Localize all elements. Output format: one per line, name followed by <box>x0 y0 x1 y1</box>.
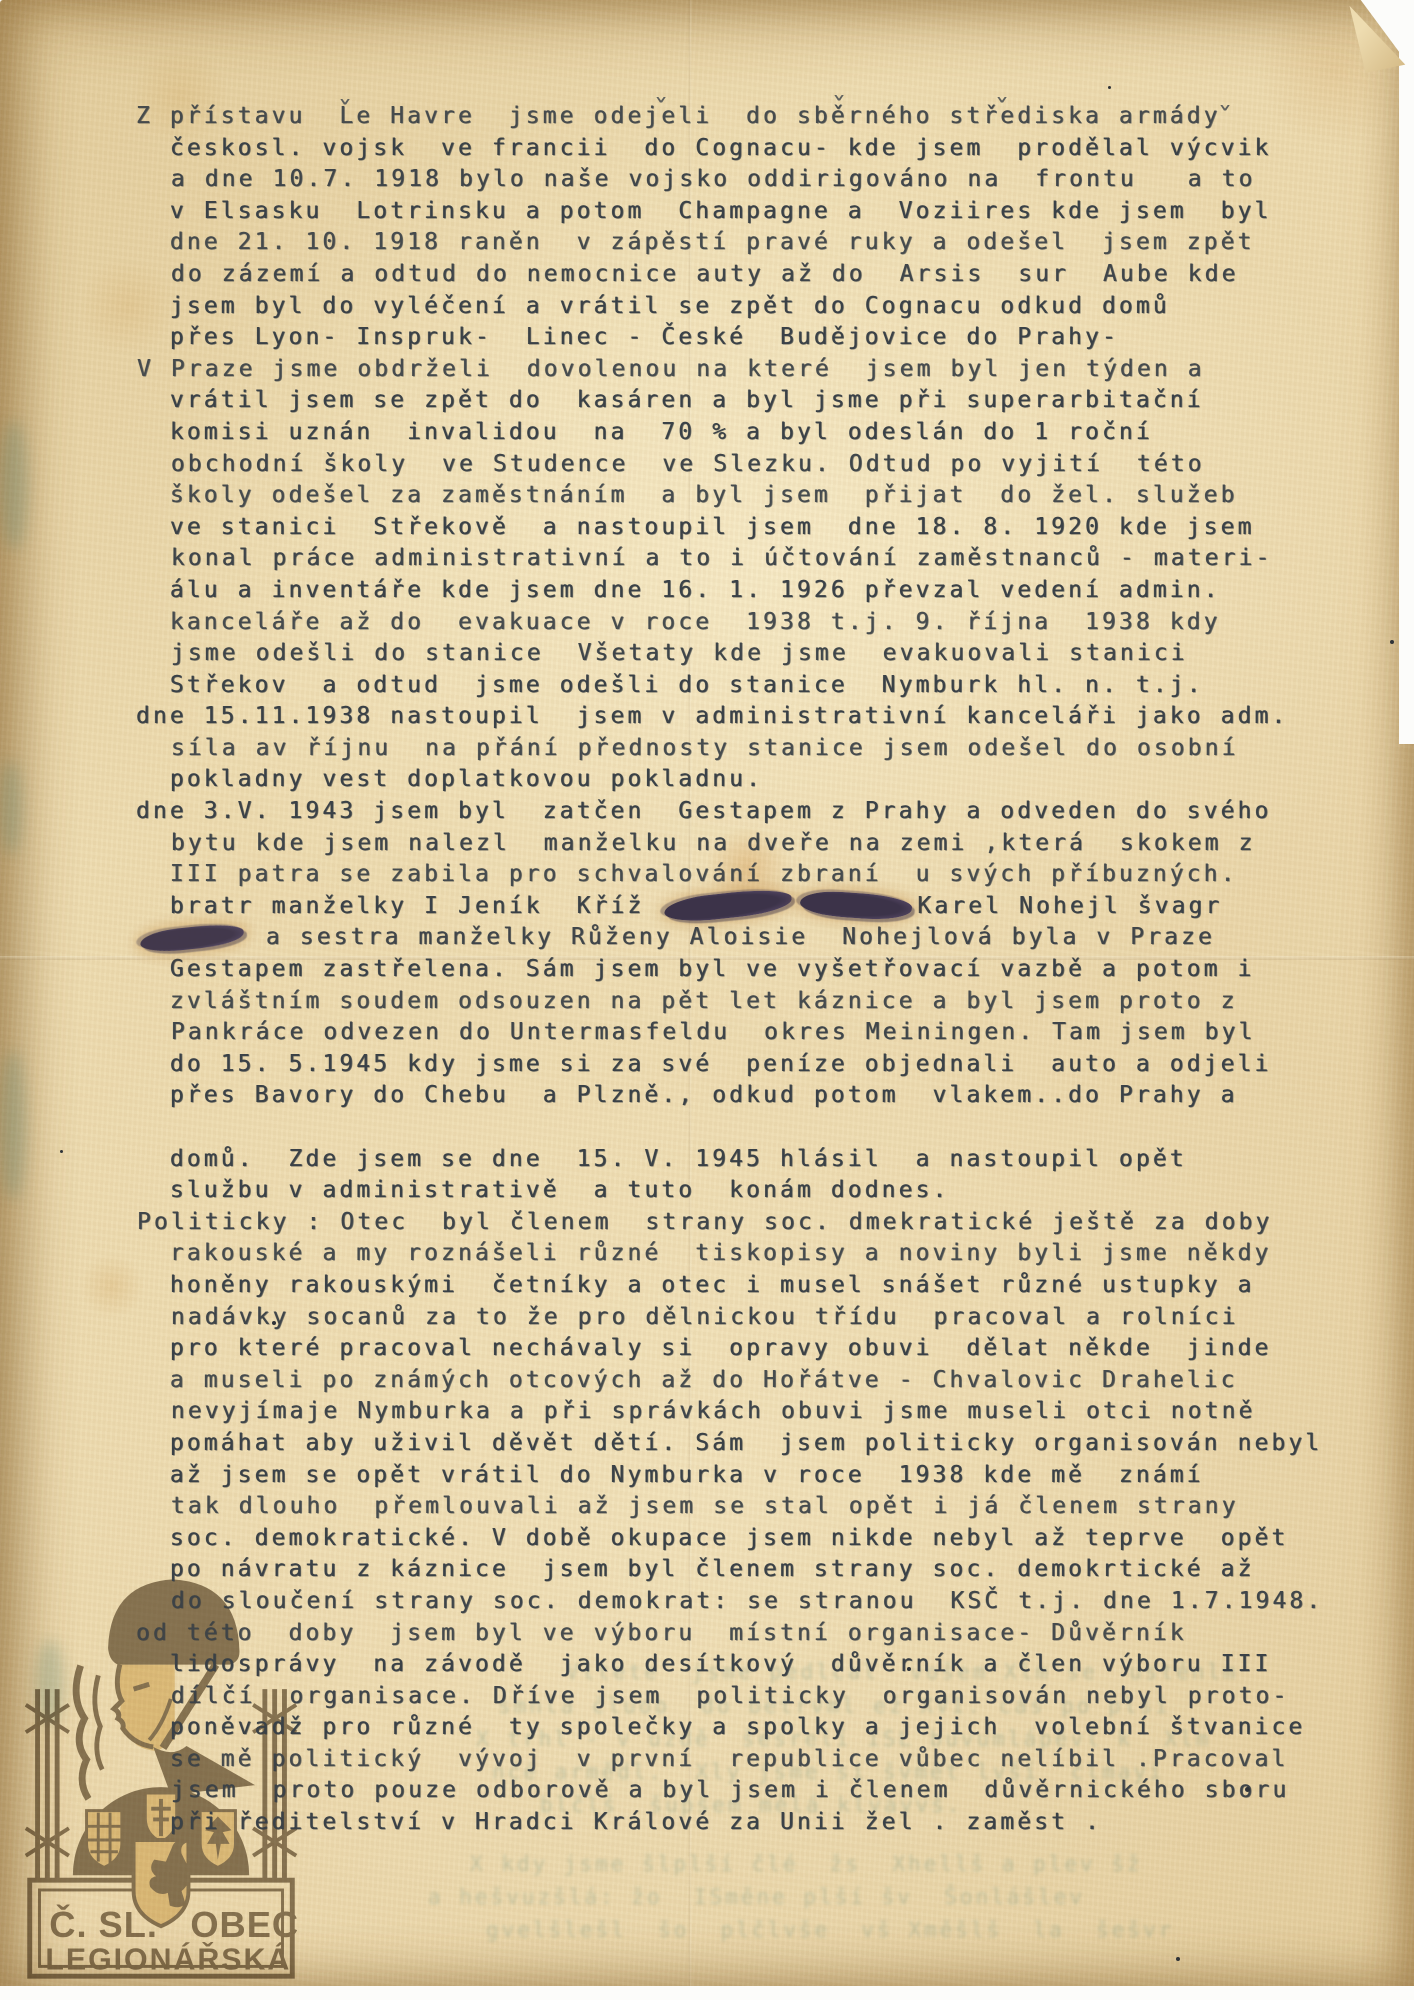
ink-redaction-blot <box>139 922 245 955</box>
typewritten-line: vrátil jsem se zpět do kasáren a byl jsm… <box>136 385 1356 417</box>
stamp-text-csl: Č. SL. <box>49 1903 158 1945</box>
scan-edge-bottom <box>0 1986 1414 2000</box>
typewritten-line: dne 3.V. 1943 jsem byl zatčen Gestapem z… <box>136 796 1356 828</box>
ink-redaction-blot <box>800 889 913 922</box>
ink-speck <box>1245 1787 1250 1792</box>
typewritten-line: a museli po známých otcových až do Hořát… <box>136 1365 1356 1397</box>
typewritten-line: nevyjímaje Nymburka a při správkách obuv… <box>137 1396 1357 1428</box>
typewritten-line: a sestra manželky Růženy Aloisie Nohejlo… <box>137 922 1357 954</box>
typewritten-line: dne 15.11.1938 nastoupil jsem v administ… <box>136 701 1356 733</box>
typewritten-line: do 15. 5.1945 kdy jsme si za své peníze … <box>136 1049 1356 1081</box>
typewritten-line: pro které pracoval nechávaly si opravy o… <box>136 1333 1356 1365</box>
scan-edge-right <box>1399 0 1414 744</box>
typewritten-line: honěny rakouskými četníky a otec i musel… <box>136 1270 1356 1302</box>
typewritten-line: až jsem se opět vrátil do Nymburka v roc… <box>136 1460 1356 1492</box>
typewritten-line: kanceláře až do evakuace v roce 1938 t.j… <box>136 607 1356 639</box>
typewritten-line: Politicky : Otec byl členem strany soc. … <box>137 1207 1357 1239</box>
typewritten-line: bratr manželky I Jeník Kříž Karel Nohejl… <box>136 891 1356 923</box>
typewritten-line: obchodní školy ve Studence ve Slezku. Od… <box>137 449 1357 481</box>
ink-speck <box>1176 1957 1180 1961</box>
typewritten-line: se mě politický vývoj v první republice … <box>136 1744 1356 1776</box>
typewritten-line: bytu kde jsem nalezl manželku na dveře n… <box>137 828 1357 860</box>
typewritten-line: rakouské a my roznášeli různé tiskopisy … <box>136 1238 1356 1270</box>
typewritten-line: V Praze jsme obdrželi dovolenou na které… <box>137 354 1357 386</box>
stamp-flames <box>76 1666 88 1799</box>
typewritten-line <box>137 1112 1357 1144</box>
stamp-flames-2 <box>95 1675 102 1769</box>
typewritten-line: po návratu z káznice jsem byl členem str… <box>136 1554 1356 1586</box>
ink-speck <box>272 1321 276 1325</box>
stamp-text-obec: OBEC <box>190 1904 299 1945</box>
typewritten-line: poněvadž pro různé ty společky a spolky … <box>136 1712 1356 1744</box>
typewritten-line: dílčí organisace. Dříve jsem politicky o… <box>137 1681 1357 1713</box>
typewritten-line: jsem proto pouze odborově a byl jsem i č… <box>137 1775 1357 1807</box>
typewritten-line: do sloučení strany soc. demokrat: se str… <box>137 1586 1357 1618</box>
typewritten-line: pokladny vest doplatkovou pokladnu. <box>136 764 1356 796</box>
typewritten-text: Z přístavu Le Havre jsme odejeli do sběr… <box>136 101 1356 1839</box>
ink-speck <box>1390 640 1394 644</box>
ink-speck <box>60 1150 63 1153</box>
typewritten-line: tak dlouho přemlouvali až jsem se stal o… <box>137 1491 1357 1523</box>
typewritten-line: álu a inventáře kde jsem dne 16. 1. 1926… <box>136 575 1356 607</box>
typewritten-line: konal práce administrativní a to i účtov… <box>137 543 1357 575</box>
ink-speck <box>1108 86 1111 89</box>
typewritten-line: službu v administrativě a tuto konám dod… <box>136 1175 1356 1207</box>
typewritten-line: do zázemí a odtud do nemocnice auty až d… <box>137 259 1357 291</box>
typewritten-line: přes Lyon- Inspruk- Linec - České Budějo… <box>136 322 1356 354</box>
typewritten-line: přes Bavory do Chebu a Plzně., odkud pot… <box>136 1080 1356 1112</box>
edge-smudge <box>0 760 22 855</box>
typewritten-line: III patra se zabila pro schvalování zbra… <box>136 859 1356 891</box>
typewritten-line: komisi uznán invalidou na 70 % a byl ode… <box>136 417 1356 449</box>
typewritten-line: a dne 10.7. 1918 bylo naše vojsko oddiri… <box>137 164 1357 196</box>
typewritten-line: síla av říjnu na přání přednosty stanice… <box>137 733 1357 765</box>
typewritten-line: dne 21. 10. 1918 raněn v zápěstí pravé r… <box>136 227 1356 259</box>
typewritten-line: Pankráce odvezen do Untermasfeldu okres … <box>137 1017 1357 1049</box>
typewritten-line: Z přístavu Le Havre jsme odejeli do sběr… <box>136 101 1356 133</box>
ink-speck <box>907 1667 911 1671</box>
typewritten-line: jsme odešli do stanice Všetaty kde jsme … <box>137 638 1357 670</box>
typewritten-line: domů. Zde jsem se dne 15. V. 1945 hlásil… <box>136 1144 1356 1176</box>
edge-smudge <box>0 1050 26 1200</box>
bleedthrough-text: X kdy jsme šlplší člé žs Xhellš a plev š… <box>470 1852 1143 1876</box>
edge-smudge <box>0 420 28 550</box>
stamp-text-legionarska: LEGIONÁŘSKÁ <box>45 1942 291 1976</box>
bleedthrough-text: a hešvuzšlá: žo ISměne plší šv Šonlášlev <box>428 1885 1085 1909</box>
typewritten-line: Gestapem zastřelena. Sám jsem byl ve vyš… <box>136 954 1356 986</box>
typewritten-line: zvláštním soudem odsouzen na pět let káz… <box>136 986 1356 1018</box>
typewritten-line: českosl. vojsk ve francii do Cognacu- kd… <box>136 133 1356 165</box>
typewritten-line: při ředitelství v Hradci Králové za Unii… <box>136 1807 1356 1839</box>
ink-redaction-blot <box>663 886 793 924</box>
typewritten-line: v Elsasku Lotrinsku a potom Champagne a … <box>136 196 1356 228</box>
typewritten-line: od této doby jsem byl ve výboru místní o… <box>136 1618 1356 1650</box>
typewritten-line: Střekov a odtud jsme odešli do stanice N… <box>136 670 1356 702</box>
typewritten-line: nadávky socanů za to že pro dělnickou tř… <box>137 1302 1357 1334</box>
typewritten-line: jsem byl do vyléčení a vrátil se zpět do… <box>136 291 1356 323</box>
typewritten-line: lidosprávy na závodě jako desítkový důvě… <box>136 1649 1356 1681</box>
typewritten-line: ve stanici Střekově a nastoupil jsem dne… <box>136 512 1356 544</box>
typewritten-line: soc. demokratické. V době okupace jsem n… <box>136 1523 1356 1555</box>
typewritten-line: pomáhat aby uživil děvět dětí. Sám jsem … <box>136 1428 1356 1460</box>
bleedthrough-text: gvelšlešl šo plčlvše vš Xměšlš la šešvr <box>486 1918 1174 1942</box>
typewritten-line: školy odešel za zaměstnáním a byl jsem p… <box>136 480 1356 512</box>
